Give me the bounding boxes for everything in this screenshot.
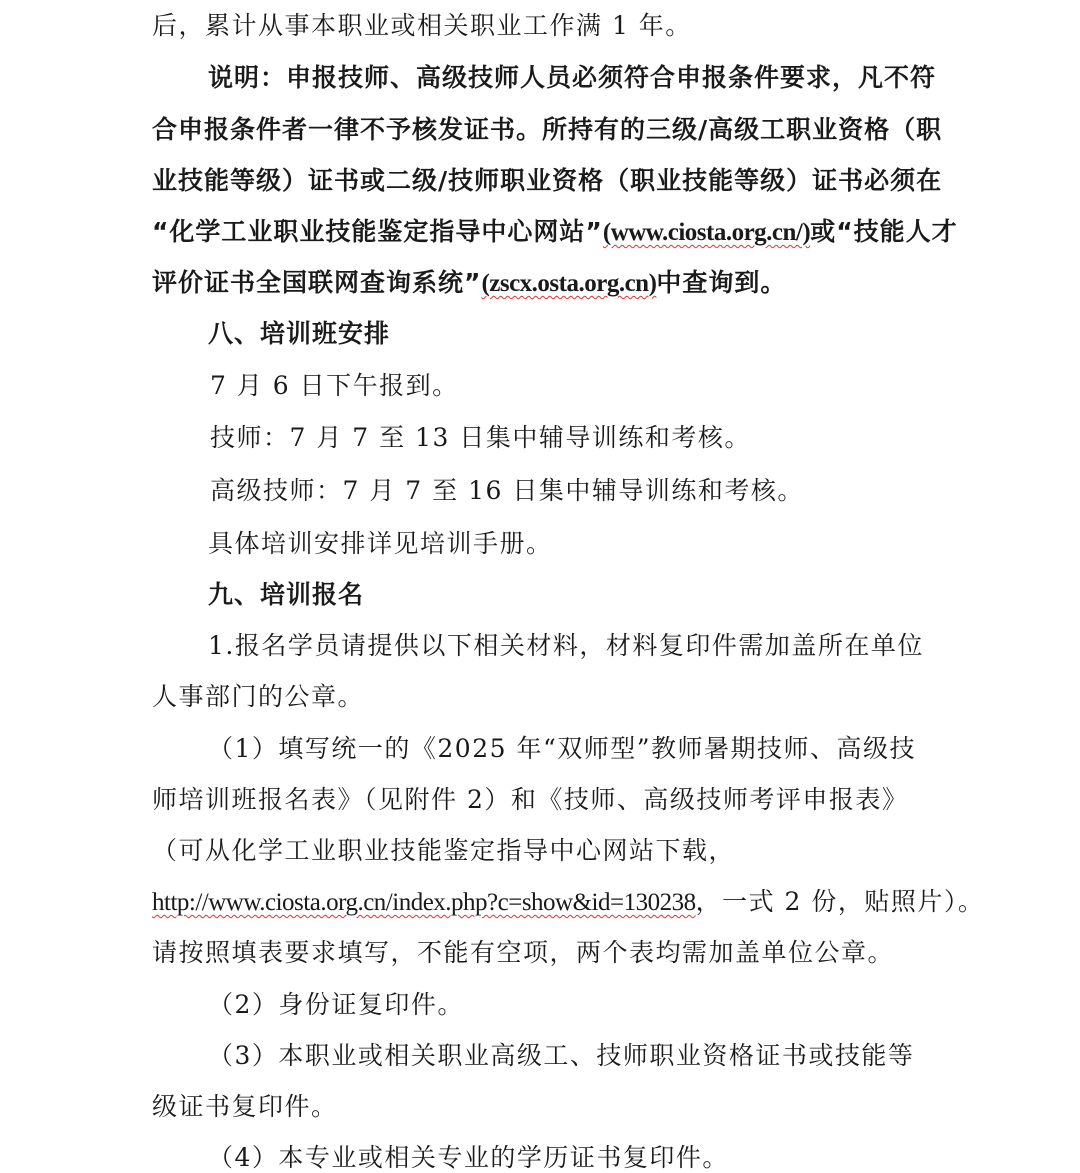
registration-text: 人事部门的公章。 xyxy=(152,680,932,714)
schedule-item: 7 月 6 日下午报到。 xyxy=(210,369,990,403)
registration-item-1: （1）填写统一的《2025 年“双师型”教师暑期技师、高级技 xyxy=(208,732,988,766)
registration-text: 1.报名学员请提供以下相关材料，材料复印件需加盖所在单位 xyxy=(208,629,988,663)
registration-item-3: 级证书复印件。 xyxy=(152,1090,932,1124)
section-9-heading: 九、培训报名 xyxy=(208,578,988,612)
registration-item-1: （可从化学工业职业技能鉴定指导中心网站下载， xyxy=(152,834,932,868)
text-line: 后，累计从事本职业或相关职业工作满 1 年。 xyxy=(152,9,932,43)
registration-item-3: （3）本职业或相关职业高级工、技师职业资格证书或技能等 xyxy=(208,1039,988,1073)
ciosta-link[interactable]: (www.ciosta.org.cn/) xyxy=(603,219,810,246)
note-text: 或“技能人才 xyxy=(810,217,957,246)
schedule-item: 高级技师：7 月 7 至 16 日集中辅导训练和考核。 xyxy=(210,474,990,508)
note-line: “化学工业职业技能鉴定指导中心网站”(www.ciosta.org.cn/)或“… xyxy=(152,215,932,249)
note-text: 中查询到。 xyxy=(656,268,786,297)
note-line: 合申报条件者一律不予核发证书。所持有的三级/高级工职业资格（职 xyxy=(152,113,932,147)
note-line: 业技能等级）证书或二级/技师职业资格（职业技能等级）证书必须在 xyxy=(152,164,932,198)
registration-item-1: 师培训班报名表》（见附件 2）和《技师、高级技师考评申报表》 xyxy=(152,783,932,817)
download-link[interactable]: http://www.ciosta.org.cn/index.php?c=sho… xyxy=(152,889,696,916)
note-text: 评价证书全国联网查询系统” xyxy=(152,268,481,297)
registration-item-1: http://www.ciosta.org.cn/index.php?c=sho… xyxy=(152,885,932,919)
registration-item-1: 请按照填表要求填写，不能有空项，两个表均需加盖单位公章。 xyxy=(152,936,932,970)
note-text: “化学工业职业技能鉴定指导中心网站” xyxy=(152,217,603,246)
schedule-item: 具体培训安排详见培训手册。 xyxy=(208,527,988,561)
note-line: 说明：申报技师、高级技师人员必须符合申报条件要求，凡不符 xyxy=(208,61,988,95)
registration-text: ，一式 2 份，贴照片）。 xyxy=(696,887,985,916)
registration-item-2: （2）身份证复印件。 xyxy=(208,988,988,1022)
schedule-item: 技师：7 月 7 至 13 日集中辅导训练和考核。 xyxy=(210,421,990,455)
note-line: 评价证书全国联网查询系统”(zscx.osta.org.cn)中查询到。 xyxy=(152,266,932,300)
registration-item-4: （4）本专业或相关专业的学历证书复印件。 xyxy=(208,1141,988,1173)
osta-link[interactable]: (zscx.osta.org.cn) xyxy=(481,270,656,297)
document-page: 后，累计从事本职业或相关职业工作满 1 年。 说明：申报技师、高级技师人员必须符… xyxy=(0,0,1080,1173)
section-8-heading: 八、培训班安排 xyxy=(208,317,988,351)
